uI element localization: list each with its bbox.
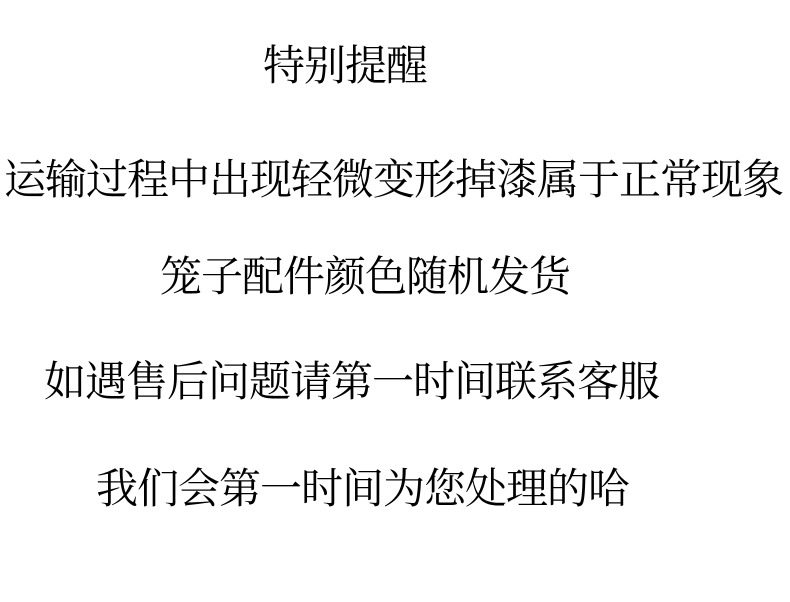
- special-reminder-notice: 特别提醒 运输过程中出现轻微变形掉漆属于正常现象 笼子配件颜色随机发货 如遇售后…: [0, 0, 790, 602]
- notice-line-contact-support: 如遇售后问题请第一时间联系客服: [44, 359, 659, 405]
- notice-line-shipping-deformation: 运输过程中出现轻微变形掉漆属于正常现象: [4, 157, 783, 203]
- notice-line-handle-promptly: 我们会第一时间为您处理的哈: [96, 466, 629, 512]
- notice-title: 特别提醒: [263, 43, 427, 89]
- notice-line-random-color: 笼子配件颜色随机发货: [160, 254, 570, 300]
